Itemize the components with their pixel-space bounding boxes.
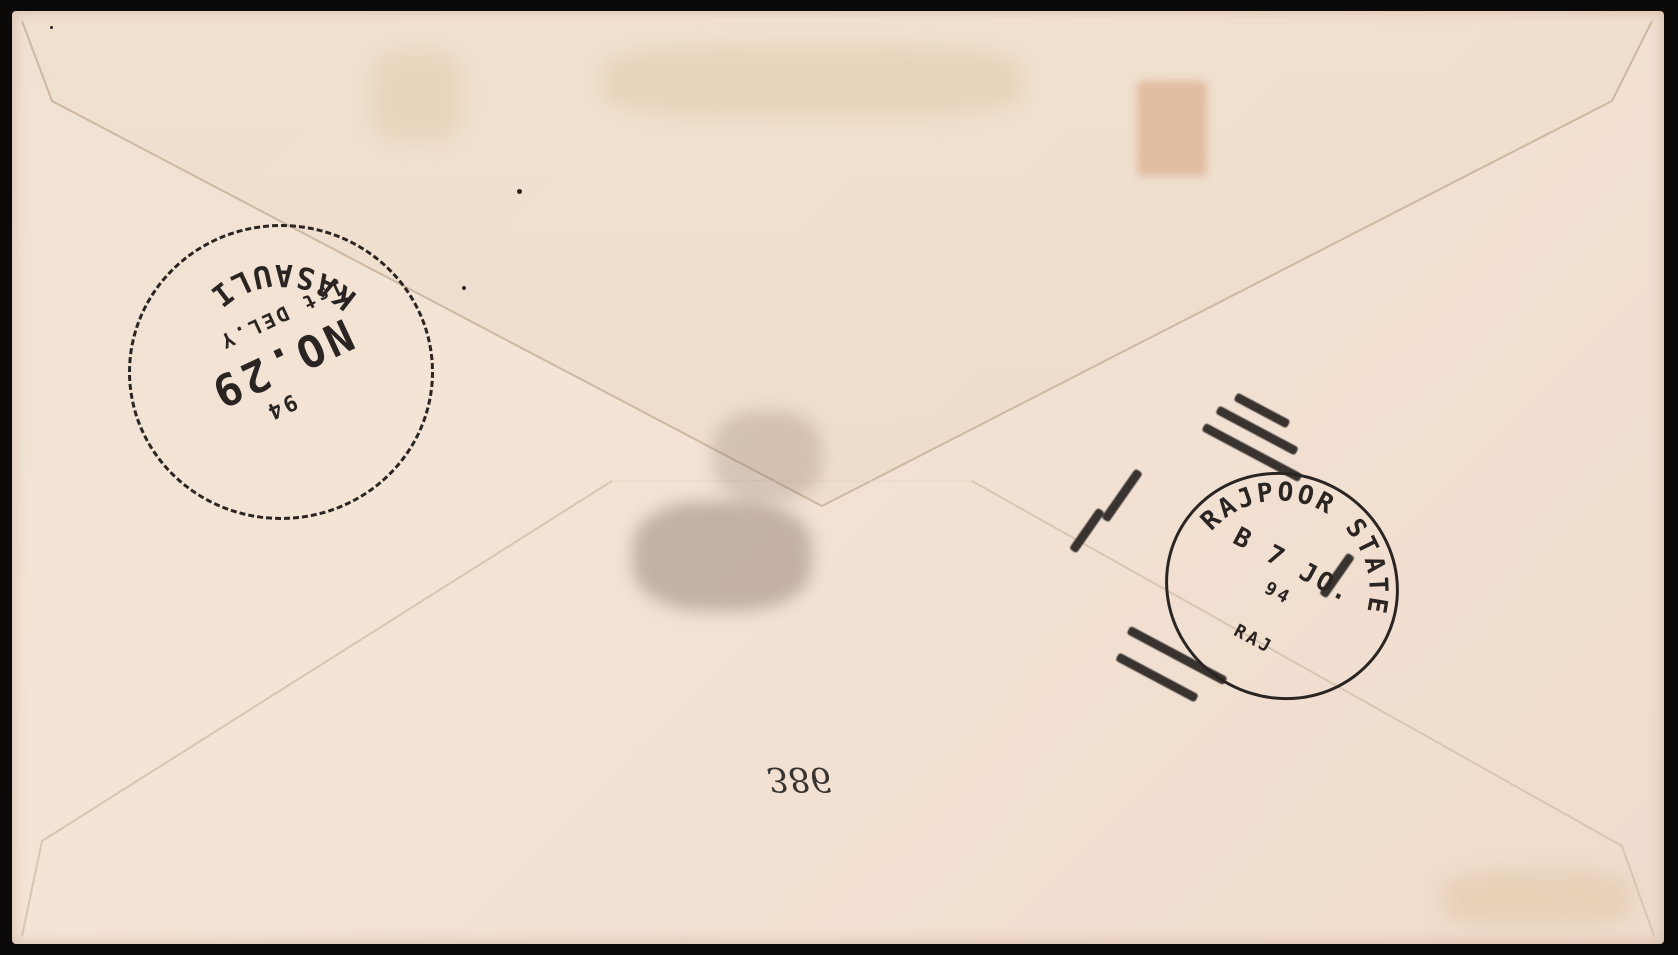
kasauli-town-arc: KASAULI: [131, 227, 431, 517]
svg-text:KASAULI: KASAULI: [199, 257, 362, 317]
handwritten-number: 386: [767, 759, 832, 799]
toning-stain: [602, 46, 1022, 116]
envelope-back: 94 NO.29 1st DEL.Y KASAULI RAJPOOR STATE…: [12, 11, 1664, 944]
toning-stain: [372, 51, 462, 141]
kasauli-postmark: 94 NO.29 1st DEL.Y KASAULI: [128, 224, 434, 520]
toning-stain: [1442, 871, 1632, 926]
ink-speck: [50, 26, 53, 29]
ink-speck: [462, 286, 466, 290]
stamp-remnant-stain: [1137, 81, 1207, 176]
kasauli-town-name: KASAULI: [199, 257, 362, 317]
ink-speck: [517, 189, 522, 194]
faint-postmark-smudge: [632, 501, 812, 611]
faint-postmark-smudge: [712, 411, 822, 501]
